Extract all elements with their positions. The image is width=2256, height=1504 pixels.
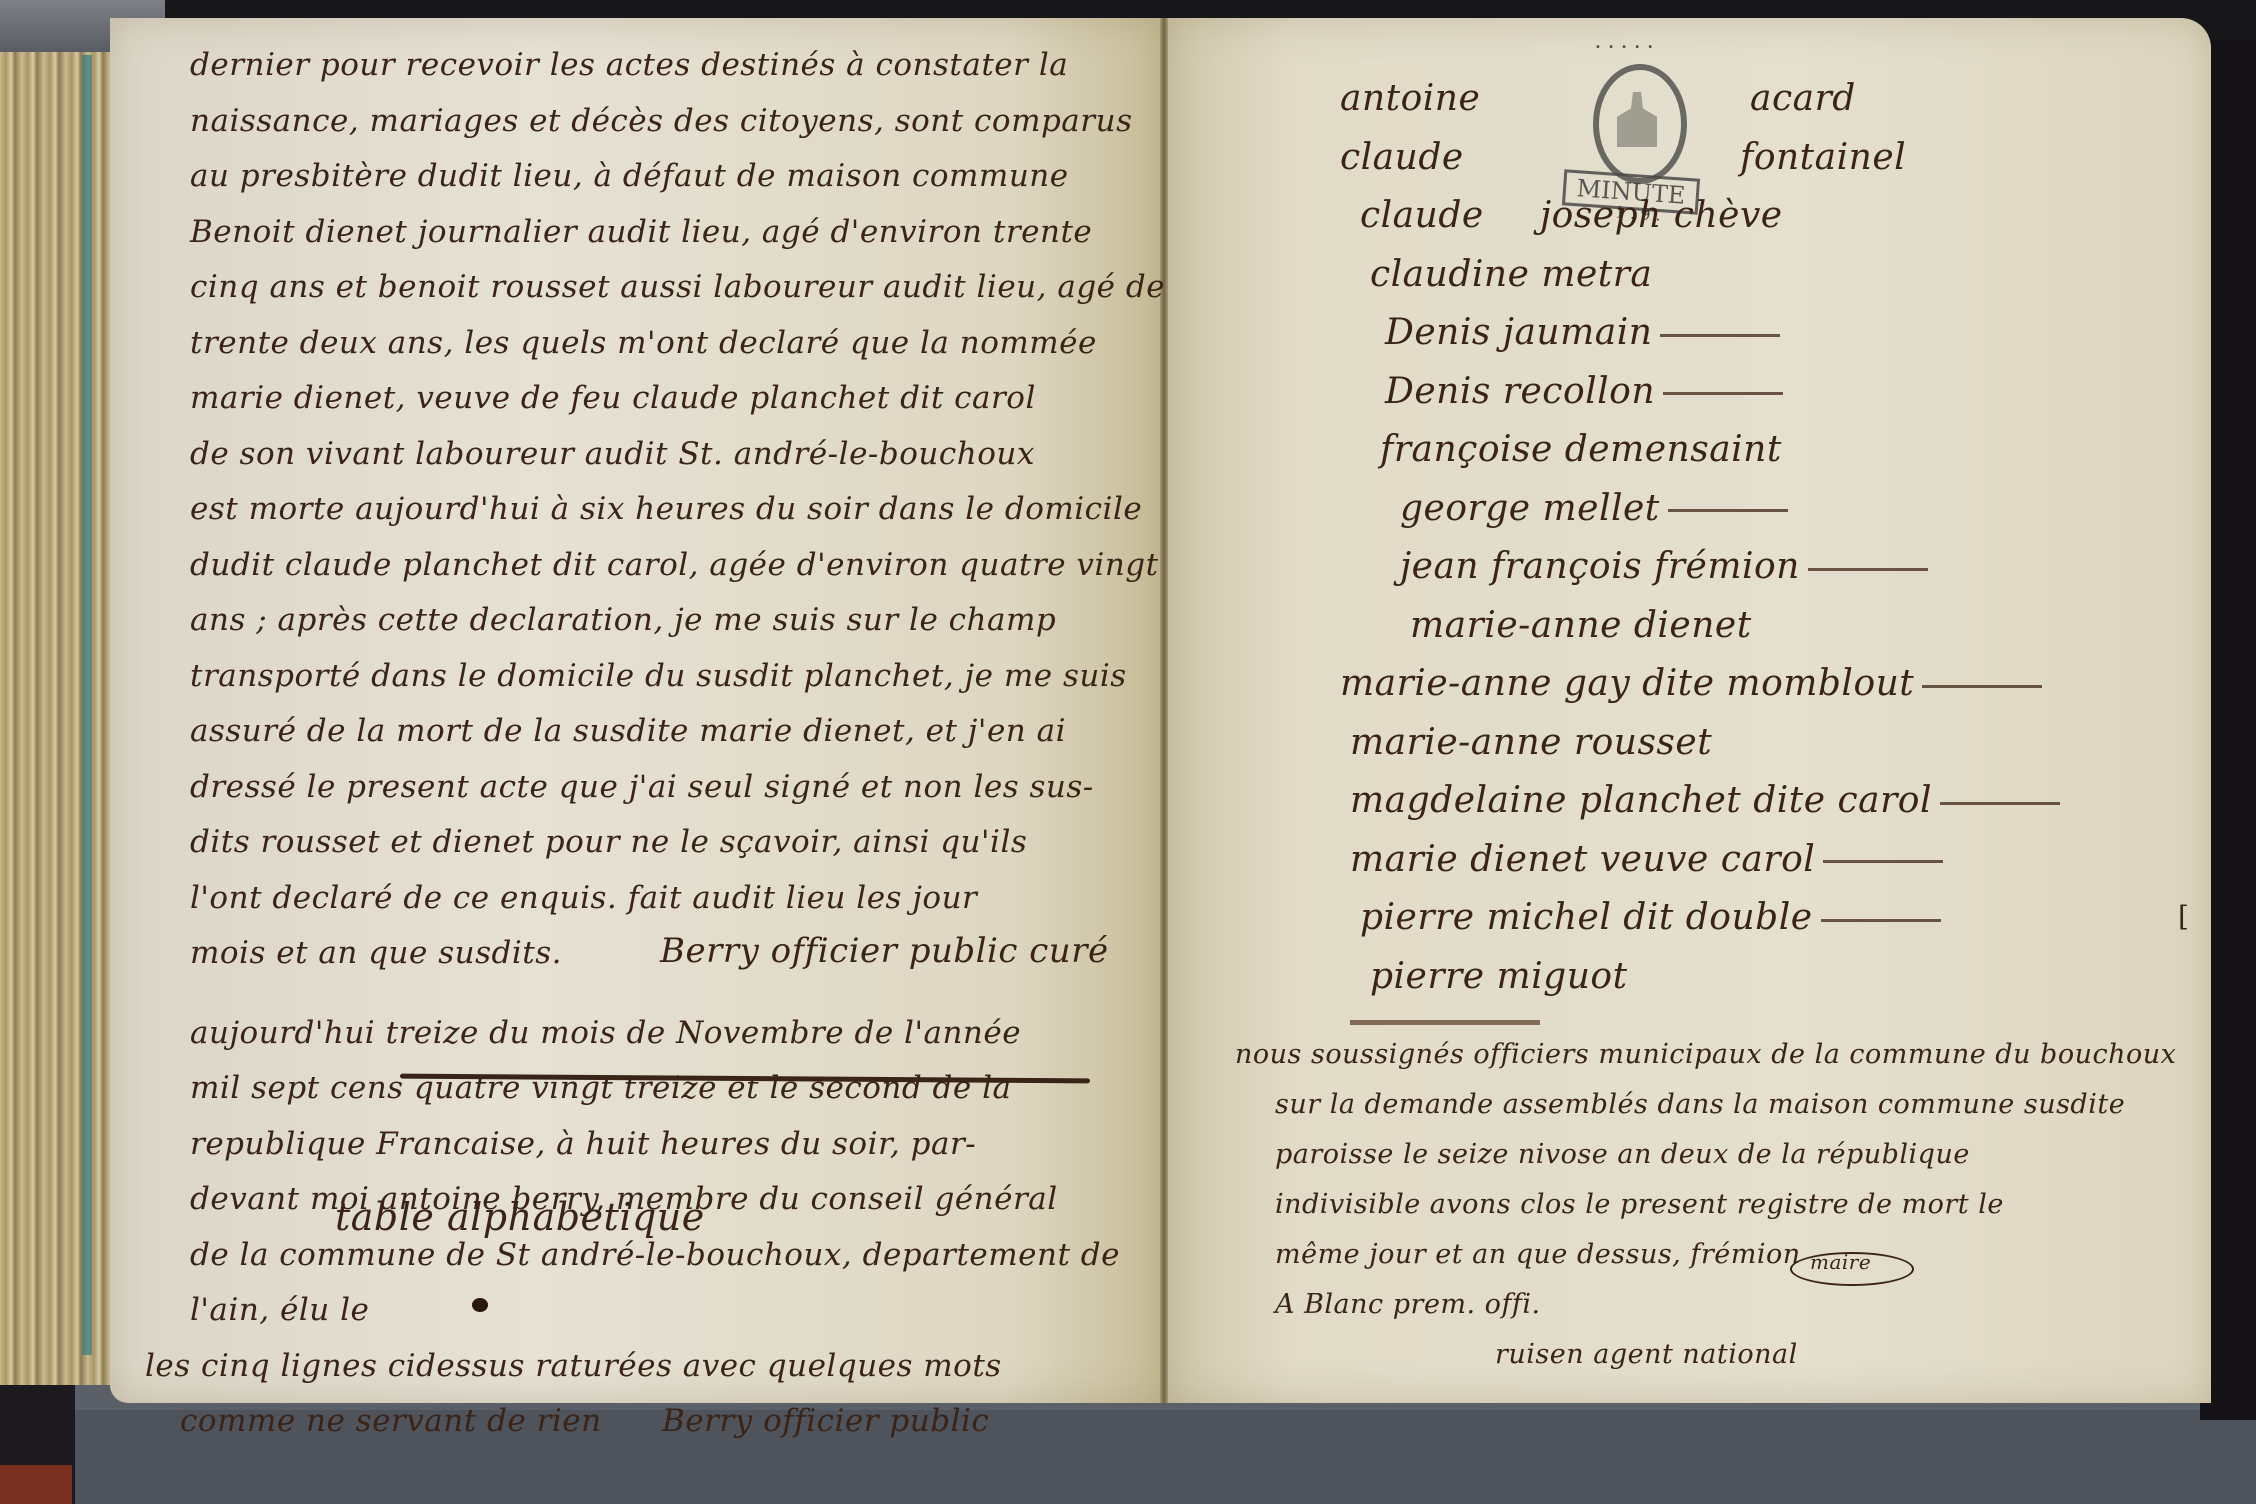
name-entry: marie dienet veuve carol bbox=[1340, 831, 2060, 890]
text-line: au presbitère dudit lieu, à défaut de ma… bbox=[190, 149, 1165, 205]
text-line: assuré de la mort de la susdite marie di… bbox=[190, 704, 1165, 760]
text-line: ans ; après cette declaration, je me sui… bbox=[190, 593, 1165, 649]
name-entry: claudejoseph chève bbox=[1340, 187, 2060, 246]
name-entry: jean françois frémion bbox=[1340, 538, 2060, 597]
names-index: antoineacard claudefontainel claudejosep… bbox=[1340, 70, 2060, 1006]
name-entry: claudine metra bbox=[1340, 246, 2060, 305]
margin-mark: [ bbox=[2178, 900, 2189, 933]
text-line: dressé le present acte que j'ai seul sig… bbox=[190, 760, 1165, 816]
text-line: dernier pour recevoir les actes destinés… bbox=[190, 38, 1165, 94]
text-line: dudit claude planchet dit carol, agée d'… bbox=[190, 538, 1165, 594]
stamp-border-text: • • • • • bbox=[1595, 42, 1655, 53]
table-title: table alphabetique bbox=[335, 1195, 705, 1239]
text-line: dits rousset et dienet pour ne le sçavoi… bbox=[190, 815, 1165, 871]
text-line: republique Francaise, à huit heures du s… bbox=[190, 1117, 1165, 1173]
closing-line: A Blanc prem. offi. bbox=[1235, 1280, 2176, 1330]
text-line: l'ain, élu le bbox=[190, 1283, 1165, 1339]
signature-berry-2: Berry officier public bbox=[662, 1403, 989, 1439]
mayor-label: maire bbox=[1810, 1250, 1871, 1274]
text-line: trente deux ans, les quels m'ont declaré… bbox=[190, 316, 1165, 372]
name-entry: marie-anne dienet bbox=[1340, 597, 2060, 656]
name-entry: george mellet bbox=[1340, 480, 2060, 539]
name-entry: pierre miguot bbox=[1340, 948, 2060, 1007]
closing-statement: nous soussignés officiers municipaux de … bbox=[1235, 1030, 2176, 1380]
closing-line: indivisible avons clos le present regist… bbox=[1235, 1180, 2176, 1230]
binding-strip bbox=[82, 55, 92, 1355]
text-line: Benoit dienet journalier audit lieu, agé… bbox=[190, 205, 1165, 261]
text-line: aujourd'hui treize du mois de Novembre d… bbox=[190, 1006, 1165, 1062]
table-edge bbox=[0, 1465, 72, 1504]
name-entry: marie-anne rousset bbox=[1340, 714, 2060, 773]
separator-stroke bbox=[1350, 1020, 1540, 1025]
note-text: comme ne servant de rien bbox=[180, 1403, 602, 1439]
text-line: mil sept cens quatre vingt treize et le … bbox=[190, 1061, 1165, 1117]
note-line: comme ne servant de rien Berry officier … bbox=[180, 1394, 1165, 1450]
name-entry: françoise demensaint bbox=[1340, 421, 2060, 480]
name-entry: claudefontainel bbox=[1340, 129, 2060, 188]
closing-line: paroisse le seize nivose an deux de la r… bbox=[1235, 1130, 2176, 1180]
agent-national-signature: ruisen agent national bbox=[1235, 1330, 2176, 1380]
name-entry: marie-anne gay dite momblout bbox=[1340, 655, 2060, 714]
name-entry: Denis jaumain bbox=[1340, 304, 2060, 363]
page-edges-stack bbox=[0, 45, 125, 1385]
closing-line: sur la demande assemblés dans la maison … bbox=[1235, 1080, 2176, 1130]
note-line: les cinq lignes cidessus raturées avec q… bbox=[145, 1339, 1165, 1395]
text-line: de son vivant laboureur audit St. andré-… bbox=[190, 427, 1165, 483]
closing-line: même jour et an que dessus, frémion bbox=[1235, 1230, 2176, 1280]
text-line: est morte aujourd'hui à six heures du so… bbox=[190, 482, 1165, 538]
text-line: cinq ans et benoit rousset aussi laboure… bbox=[190, 260, 1165, 316]
name-entry: pierre michel dit double bbox=[1340, 889, 2060, 948]
ink-blot bbox=[472, 1298, 488, 1312]
name-entry: magdelaine planchet dite carol bbox=[1340, 772, 2060, 831]
name-entry: Denis recollon bbox=[1340, 363, 2060, 422]
text-line: l'ont declaré de ce enquis. fait audit l… bbox=[190, 871, 1165, 927]
text-line: naissance, mariages et décès des citoyen… bbox=[190, 94, 1165, 150]
name-entry: antoineacard bbox=[1340, 70, 2060, 129]
text-line: transporté dans le domicile du susdit pl… bbox=[190, 649, 1165, 705]
closing-line: nous soussignés officiers municipaux de … bbox=[1235, 1030, 2176, 1080]
text-line: marie dienet, veuve de feu claude planch… bbox=[190, 371, 1165, 427]
